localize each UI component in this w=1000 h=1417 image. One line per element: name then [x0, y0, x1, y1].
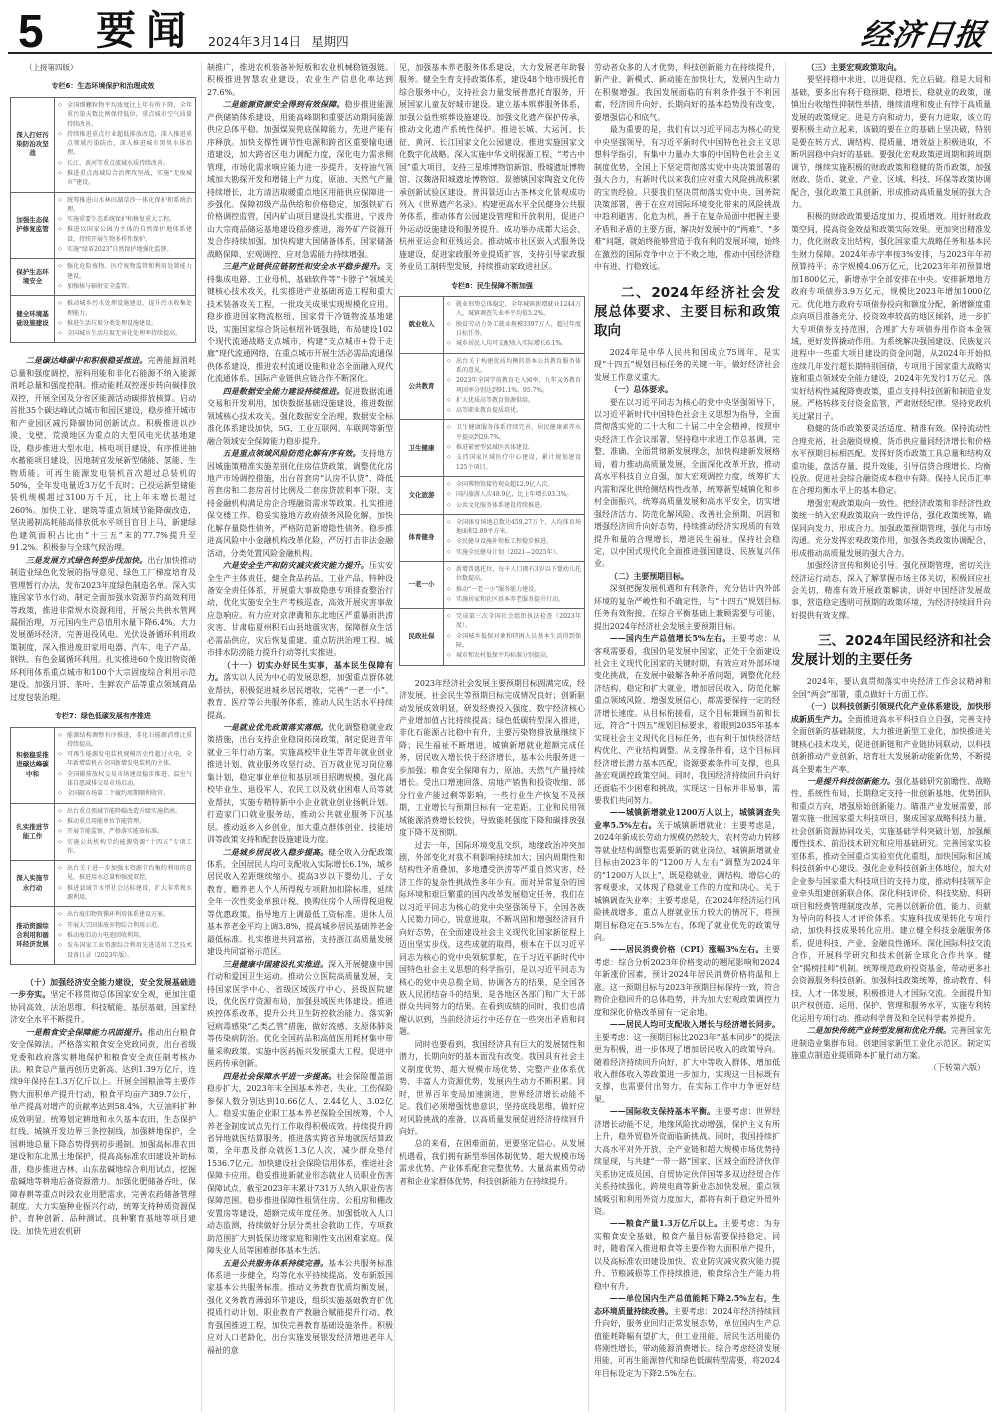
- article-paragraph: 积极的财政政策要适度加力、提质增效。用好财政政策空间，提高资金效益和政策实际效果…: [791, 211, 991, 423]
- continued-from-note: （上接第四版）: [10, 62, 196, 74]
- box6-title: 专栏6：生态环境保护和治理成效: [10, 80, 196, 92]
- article-paragraph: 劳动者众多的人才优势，科技创新能力在持续提升，新产业、新模式、新动能在加快壮大，…: [594, 62, 780, 124]
- box-item: 发布国家工业资源综合利用先进适用工艺技术设备目录（2023年版）。: [58, 941, 192, 960]
- weekday-text: 星期四: [311, 34, 349, 49]
- article-paragraph: 深刻把握发展机遇和有利条件，充分估计内外部环境的复杂严峻性和不确定性，与“十四五…: [594, 583, 780, 633]
- box-item: 支持国家区域医疗中心建设，累计规划建设125个项目。: [447, 453, 581, 472]
- box-row-items: 全国博物馆接待观众超12.9亿人次。国内旅游人次48.9亿，比上年增长93.3%…: [444, 476, 585, 514]
- box-row: 健全环境基础设施建设推动城乡污水处理设施建设，提升污水收集处理能力。推进生活垃圾…: [11, 296, 196, 343]
- intro-paragraph: 2024年是中华人民共和国成立75周年，是实现“十四五”规划目标任务的关键一年，…: [594, 347, 780, 384]
- box-row: 民政社保完成第三次全国社会组织执法检查（2023年度）。全国城乡低保对象和特困人…: [400, 609, 585, 665]
- box-row-label: 民政社保: [400, 609, 444, 665]
- column-divider: [201, 62, 202, 1412]
- page-number: 5: [18, 8, 44, 54]
- box-item: 实施公共机构节约能源资源“十四五”专项工作。: [58, 838, 192, 857]
- column-divider: [394, 62, 395, 1412]
- section-ten-paragraph: （十）加强经济安全能力建设，安全发展基础进一步夯实。坚定不移贯彻总体国家安全观，…: [10, 977, 196, 1027]
- article-paragraph: ——城镇新增就业1200万人以上，城镇调查失业率5.5%左右。关于城镇新增就业：…: [594, 807, 780, 944]
- box-row: 卫生健康卫生健康服务体系持续完善，居民健康素养水平提高到29.7%。推进紧密型县…: [400, 420, 585, 476]
- box7-title: 专栏7：绿色低碳发展有序推进: [10, 710, 196, 722]
- box-row-items: 全国细颗粒物平均浓度比上年有所下降，全年重污染天数比例保持低位，重点城市空气质量…: [55, 97, 196, 192]
- task-b-paragraph: 二是加快传统产业转型发展和优化升级。完善国家先进制造业集群布局。创建国家新型工业…: [791, 1025, 991, 1062]
- box-item: 全国细颗粒物平均浓度比上年有所下降，全年重污染天数比例保持低位，重点城市空气质量…: [58, 101, 192, 129]
- newspaper-logo: 经济日报: [859, 10, 989, 54]
- article-paragraph: 稳健的货币政策要灵活适度、精准有效。保持流动性合理充裕，社会融资规模、货币供应量…: [791, 423, 991, 498]
- box8-title: 专栏8：民生保障不断加强: [399, 280, 585, 292]
- article-paragraph: 二是城乡居民收入稳步提高。健全收入分配政策体系，全国居民人均可支配收入实际增长6…: [207, 847, 393, 959]
- box-item: 就业形势总体稳定，全年城镇新增就业1244万人，城镇调查失业率平均值5.2%。: [447, 300, 581, 319]
- article-paragraph: 六是安全生产和防灾减灾救灾能力提升。压实安全生产主体责任，健全食品药品、工业产品…: [207, 560, 393, 660]
- box-item: 出台关于进一步加强水资源节约集约利用的意见，推进用水总量和强度双控。: [58, 864, 192, 883]
- article-paragraph: 加强经济宣传和舆论引导。强化预期管理，密切关注经济运行动态，深入了解掌握市场主体…: [791, 560, 991, 622]
- box-item: 推进县域节水型社会达标建设，扩大非常规水源利用。: [58, 884, 192, 903]
- column-divider: [588, 62, 589, 1412]
- task1-paragraph: （一）以科技创新引领现代化产业体系建设，加快形成新质生产力。全面推进高水平科技自…: [791, 701, 991, 776]
- box6-table: 深入打好污染防治攻坚战全国细颗粒物平均浓度比上年有所下降，全年重污染天数比例保持…: [10, 97, 196, 344]
- box-row-items: 出台关于进一步加强水资源节约集约利用的意见，推进用水总量和强度双控。推进县域节水…: [55, 861, 196, 907]
- box-item: 高等职业教育提质培优。: [447, 406, 581, 415]
- box-row-items: 新增普惠托位，每千人口拥有3岁以下婴幼儿托位数提高。推动“一老一小”服务能力建设…: [444, 561, 585, 608]
- box-row: 积极稳妥推进碳达峰碳中和能源结构调整有序推进，非化石能源消费比重持续提高。可再生…: [11, 727, 196, 803]
- column-3: 见，加强基本养老服务体系建设，大力发展老年助餐服务。健全生育支持政策体系，建设4…: [399, 62, 585, 1412]
- intro-paragraph: 2024年，要认真贯彻落实中央经济工作会议精神和全国“两会”部署，重点做好十方面…: [791, 676, 991, 701]
- article-paragraph: ——粮食产量1.3万亿斤以上。主要考虑：为夯实粮食安全基础，粮食产量目标需要保持…: [594, 1218, 780, 1293]
- box-item: 开展节能监察，严格落实能效标准。: [58, 827, 192, 836]
- box-item: 推动城乡污水处理设施建设，提升污水收集处理能力。: [58, 299, 192, 318]
- box-item: 强化危险废物、医疗废物监管和利用处置能力建设。: [58, 262, 192, 281]
- box-item: 推进重点海域综合治理攻坚战，实施“无废城市”建设。: [58, 169, 192, 188]
- date-text: 2024年3月14日: [208, 34, 301, 49]
- box-item: 公共文化服务体系建设持续推进。: [447, 501, 581, 510]
- box-item: 卫生健康服务体系持续完善，居民健康素养水平提高到29.7%。: [447, 423, 581, 442]
- box-row-label: 健全环境基础设施建设: [11, 296, 55, 343]
- article-paragraph: ——居民消费价格（CPI）涨幅3%左右。主要考虑：综合分析2023年价格变动的翘…: [594, 944, 780, 1019]
- continued-to-note: （下转第六版）: [791, 1062, 991, 1074]
- subheading-policy-orientation: （三）主要宏观政策取向。: [791, 62, 991, 74]
- box-row-items: 就业形势总体稳定，全年城镇新增就业1244万人，城镇调查失业率平均值5.2%。脱…: [444, 297, 585, 353]
- box-row: 加强生态保护修复监管统筹推进山水林田湖草沙一体化保护和系统治理。实施重要生态系统…: [11, 192, 196, 259]
- section-heading-2: 二、2024年经济社会发展总体要求、主要目标和政策取向: [594, 284, 780, 341]
- box-row-items: 卫生健康服务体系持续完善，居民健康素养水平提高到29.7%。推进紧密型县域医共体…: [444, 420, 585, 476]
- box-row: 深入打好污染防治攻坚战全国细颗粒物平均浓度比上年有所下降，全年重污染天数比例保持…: [11, 97, 196, 192]
- box-row-label: 公共教育: [400, 353, 444, 420]
- box-row-items: 出台关于构建优质均衡的基本公共教育服务体系的意见。2023年全国学前教育毛入园率…: [444, 353, 585, 420]
- section-heading-3: 三、2024年国民经济和社会发展计划的主要任务: [791, 632, 991, 670]
- box-item: 扩大优质高等教育资源供给。: [447, 396, 581, 405]
- article-paragraph: 五是重点领域风险防范化解有序有效。支持地方因城施策精准实施差别化住房信贷政策，调…: [207, 448, 393, 560]
- article-paragraph: 三是健康中国建设扎实推进。深入开展健康中国行动和爱国卫生运动。推动公立医院高质量…: [207, 959, 393, 1071]
- article-paragraph: （十一）切实办好民生实事，基本民生保障有力。落实以人民为中心的发展思想，加强重点…: [207, 660, 393, 722]
- box-item: 实施居家和社区基本养老服务提升行动。: [447, 595, 581, 604]
- article-paragraph: 总的来看，在困难面前，更要坚定信心。从发展机遇看，我们拥有新型举国体制优势、超大…: [399, 1138, 585, 1188]
- article-paragraph: 制推广，推进农机装备补短板和农业机械稳链强链。积极推进智慧农业建设，农业生产信息…: [207, 62, 393, 99]
- article-paragraph: ——国际收支保持基本平衡。主要考虑：世界经济增长动能不足，地缘风险扰动增强，保护…: [594, 1106, 780, 1218]
- box-item: 出台关于构建优质均衡的基本公共教育服务体系的意见。: [447, 357, 581, 376]
- box-item: 推进以国家公园为主体的自然保护地体系建设，持续开展生物多样性保护。: [58, 225, 192, 244]
- box-item: 能源结构调整有序推进，非化石能源消费比重持续提高。: [58, 731, 192, 750]
- box-item: 实施“绿盾2023”自然保护地强化监督。: [58, 245, 192, 254]
- box-item: 统筹推进山水林田湖草沙一体化保护和系统治理。: [58, 196, 192, 215]
- box-item: 全国碳市场第二个履约周期顺利收官。: [58, 789, 192, 798]
- box-item: 持续推进重点行业超低排放改造，深入推进重点领域污染防治，深入推进城市黑臭水体治理…: [58, 130, 192, 158]
- box-item: 推进生活垃圾分类处理设施建设。: [58, 319, 192, 328]
- box-item: 出台重点领域节能降碳改造升级实施指南。: [58, 807, 192, 816]
- box8-table: 就业收入就业形势总体稳定，全年城镇新增就业1244万人，城镇调查失业率平均值5.…: [399, 296, 585, 666]
- box-item: 全国体育场地总数达459.27万个，人均体育场地面积2.89平方米。: [447, 518, 581, 537]
- article-paragraph: 2023年经济社会发展主要预期目标圆满完成，经济发展、社会民生等预期目标完成情况…: [399, 678, 585, 840]
- box-item: 2023年全国学前教育毛入园率、九年义务教育巩固率分别达到91.1%、95.7%…: [447, 376, 581, 395]
- box-row-label: 深入打好污染防治攻坚战: [11, 97, 55, 192]
- food-security-paragraph: 一是粮食安全保障能力巩固提升。推动出台粮食安全保障法。严格落实粮食安全党政同责，…: [10, 1027, 196, 1239]
- box-item: 推进紧密型县域医共体建设。: [447, 443, 581, 452]
- article-paragraph: 一是就业优先政策落实落细。优化调整稳就业政策措施，出台支持企业稳岗拓岗政策，制定…: [207, 722, 393, 847]
- box-row-label: 积极稳妥推进碳达峰碳中和: [11, 727, 55, 803]
- column-divider: [785, 62, 786, 1412]
- issue-date: 2024年3月14日星期四: [208, 32, 359, 50]
- column-5: （三）主要宏观政策取向。 要坚持稳中求进、以进促稳、先立后破。稳是大局和基础，要…: [791, 62, 991, 1412]
- article-paragraph: 过去一年，国际环境变乱交织，地缘政治冲突加剧，外部变化对我不利影响持续加大；国内…: [399, 840, 585, 1039]
- article-paragraph: 增强宏观政策取向一致性。把经济政策和非经济性政策统一纳入宏观政策取向一致性评估，…: [791, 498, 991, 560]
- box-item: 出台废旧物资循环利用体系建设方案。: [58, 910, 192, 919]
- targets-list: ——国内生产总值增长5%左右。主要考虑：从客观需要看，我国仍是发展中国家，正处于…: [594, 633, 780, 1380]
- box-row: 保护生态环境安全强化危险废物、医疗废物监管和利用处置能力建设。加强核与辐射安全监…: [11, 259, 196, 296]
- article-paragraph: 见，加强基本养老服务体系建设，大力发展老年助餐服务。健全生育支持政策体系，建设4…: [399, 62, 585, 274]
- column-4: 劳动者众多的人才优势，科技创新能力在持续提升，新产业、新模式、新动能在加快壮大，…: [594, 62, 780, 1412]
- box-item: 可再生能源发电装机规模历史性超过火电，全年新增装机占全国新增发电装机的主体。: [58, 750, 192, 769]
- box-item: 加强核与辐射安全监管。: [58, 282, 192, 291]
- box-item: 脱贫劳动力务工就业规模3397万人，超过年度目标任务。: [447, 320, 581, 339]
- box-row: 体育健身全国体育场地总数达459.27万个，人均体育场地面积2.89平方米。全民…: [400, 514, 585, 561]
- article-paragraph: 四是社会保障水平进一步提高。社会保险覆盖面稳步扩大，2023年末全国基本养老、失…: [207, 1071, 393, 1258]
- box-item: 推动重点用能单位节能管理。: [58, 817, 192, 826]
- box-row: 公共教育出台关于构建优质均衡的基本公共教育服务体系的意见。2023年全国学前教育…: [400, 353, 585, 420]
- article-paragraph: 五是公共服务体系持续完善。基本公共服务标准体系进一步健全，均等化水平持续提高。发…: [207, 1258, 393, 1358]
- article-paragraph: ——居民人均可支配收入增长与经济增长同步。主要考虑：这一预期目标比2023年“基…: [594, 1019, 780, 1106]
- column-2: 制推广，推进农机装备补短板和农业机械稳链强链。积极推进智慧农业建设，农业生产信息…: [207, 62, 393, 1412]
- masthead: 5 要闻 2024年3月14日星期四 经济日报: [8, 0, 992, 54]
- box-item: 开展大宗固体废弃物综合利用示范。: [58, 921, 192, 930]
- article-paragraph: 三是发展方式绿色转型步伐加快。出台加快推动制造业绿色化发展的指导意见、绿色工厂梯…: [10, 555, 196, 704]
- article-paragraph: 三是产业链供应链韧性和安全水平稳步提升。支持集成电路、工业母机、基础软件等“卡脖…: [207, 261, 393, 386]
- article-paragraph: 二是碳达峰碳中和积极稳妥推进。完善能源消耗总量和强度调控，原料用能和非化石能源不…: [10, 355, 196, 554]
- article-paragraph: 四是数据安全能力建设持续推进。促进数据流通交易和开发利用，加快数据基础设施建设，…: [207, 386, 393, 448]
- box-item: 城市和农村低保平均标准分别提高。: [447, 651, 581, 660]
- box-row: 就业收入就业形势总体稳定，全年城镇新增就业1244万人，城镇调查失业率平均值5.…: [400, 297, 585, 353]
- task-a-paragraph: 一是提升科技创新能力。强化基础研究前瞻性、战略性、系统性布局，长期稳定支持一批创…: [791, 776, 991, 1025]
- section-name: 要闻: [96, 10, 196, 52]
- box-row-label: 卫生健康: [400, 420, 444, 476]
- box-item: 推动废旧动力电池回收利用。: [58, 931, 192, 940]
- box-item: 推动“一老一小”服务能力建设。: [447, 585, 581, 594]
- box-row-label: 体育健身: [400, 514, 444, 561]
- box-row-label: 保护生态环境安全: [11, 259, 55, 296]
- box-row-items: 出台重点领域节能降碳改造升级实施指南。推动重点用能单位节能管理。开展节能监察，严…: [55, 803, 196, 860]
- box-row-items: 推动城乡污水处理设施建设，提升污水收集处理能力。推进生活垃圾分类处理设施建设。全…: [55, 296, 196, 343]
- box-row-label: 深入实施节水行动: [11, 861, 55, 907]
- box-item: 全国城乡低保对象和特困人员基本生活得到保障。: [447, 632, 581, 651]
- subheading-main-targets: （二）主要预期目标。: [594, 571, 780, 583]
- article-paragraph: 最为重要的是，我们有以习近平同志为核心的党中央坚强领导，有习近平新时代中国特色社…: [594, 124, 780, 273]
- box-item: 完成第三次全国社会组织执法检查（2023年度）。: [447, 612, 581, 631]
- box-row-items: 强化危险废物、医疗废物监管和利用处置能力建设。加强核与辐射安全监管。: [55, 259, 196, 296]
- box-row: 深入实施节水行动出台关于进一步加强水资源节约集约利用的意见，推进用水总量和强度双…: [11, 861, 196, 907]
- box-item: 长江、黄河等重点流域水质持续改善。: [58, 159, 192, 168]
- article-paragraph: 要坚持稳中求进、以进促稳、先立后破。稳是大局和基础，要多出有利于稳预期、稳增长、…: [791, 74, 991, 211]
- box-row: 文化旅游全国博物馆接待观众超12.9亿人次。国内旅游人次48.9亿，比上年增长9…: [400, 476, 585, 514]
- article-paragraph: ——国内生产总值增长5%左右。主要考虑：从客观需要看，我国仍是发展中国家，正处于…: [594, 633, 780, 807]
- box-row: 推动资源综合利用和循环经济发展出台废旧物资循环利用体系建设方案。开展大宗固体废弃…: [11, 907, 196, 964]
- box-row-label: 就业收入: [400, 297, 444, 353]
- box-row-label: 一老一小: [400, 561, 444, 608]
- policy-paragraphs: 要坚持稳中求进、以进促稳、先立后破。稳是大局和基础，要多出有利于稳预期、稳增长、…: [791, 74, 991, 622]
- article-paragraph: 二是能源资源安全得到有效保障。稳步推进能源产供储销体系建设，用能高峰期和重要活动…: [207, 99, 393, 261]
- box-item: 全国碳排放权交易市场建设稳步推进，温室气体自愿减排交易市场启动。: [58, 770, 192, 789]
- box-item: 全民健身设施补短板工程稳步推进。: [447, 537, 581, 546]
- box-row-label: 推动资源综合利用和循环经济发展: [11, 907, 55, 964]
- column-3-body: 2023年经济社会发展主要预期目标圆满完成，经济发展、社会民生等预期目标完成情况…: [399, 678, 585, 1189]
- box-row: 扎实推进节能工作出台重点领域节能降碳改造升级实施指南。推动重点用能单位节能管理。…: [11, 803, 196, 860]
- subheading-general-requirements: （一）总体要求。: [594, 384, 780, 396]
- box-row-label: 文化旅游: [400, 476, 444, 514]
- box-item: 国内旅游人次48.9亿，比上年增长93.3%。: [447, 490, 581, 499]
- box-item: 实施重要生态系统保护和修复重大工程。: [58, 215, 192, 224]
- box-row-items: 完成第三次全国社会组织执法检查（2023年度）。全国城乡低保对象和特困人员基本生…: [444, 609, 585, 665]
- box-row-items: 统筹推进山水林田湖草沙一体化保护和系统治理。实施重要生态系统保护和修复重大工程。…: [55, 192, 196, 259]
- box-row: 一老一小新增普惠托位，每千人口拥有3岁以下婴幼儿托位数提高。推动“一老一小”服务…: [400, 561, 585, 608]
- box-item: 全国城市生活垃圾无害化处理率持续提高。: [58, 329, 192, 338]
- column-1: （上接第四版） 专栏6：生态环境保护和治理成效 深入打好污染防治攻坚战全国细颗粒…: [10, 62, 196, 1412]
- box-row-items: 出台废旧物资循环利用体系建设方案。开展大宗固体废弃物综合利用示范。推动废旧动力电…: [55, 907, 196, 964]
- article-paragraph: ——单位国内生产总值能耗下降2.5%左右，生态环境质量持续改善。主要考虑：202…: [594, 1293, 780, 1380]
- box7-table: 积极稳妥推进碳达峰碳中和能源结构调整有序推进，非化石能源消费比重持续提高。可再生…: [10, 727, 196, 965]
- box-item: 实施全民健身计划（2021—2025年）。: [447, 548, 581, 557]
- box-row-items: 能源结构调整有序推进，非化石能源消费比重持续提高。可再生能源发电装机规模历史性超…: [55, 727, 196, 803]
- box-item: 城乡居民人均可支配收入实际增长6.1%。: [447, 339, 581, 348]
- box-item: 全国博物馆接待观众超12.9亿人次。: [447, 480, 581, 489]
- box-item: 新增普惠托位，每千人口拥有3岁以下婴幼儿托位数提高。: [447, 565, 581, 584]
- box-row-items: 全国体育场地总数达459.27万个，人均体育场地面积2.89平方米。全民健身设施…: [444, 514, 585, 561]
- box-row-label: 扎实推进节能工作: [11, 803, 55, 860]
- article-paragraph: 要在以习近平同志为核心的党中央坚强领导下，以习近平新时代中国特色社会主义思想为指…: [594, 397, 780, 571]
- box-row-label: 加强生态保护修复监管: [11, 192, 55, 259]
- article-paragraph: 同时也要看到，我国经济具有巨大的发展韧性和潜力，长期向好的基本面没有改变。我国具…: [399, 1039, 585, 1139]
